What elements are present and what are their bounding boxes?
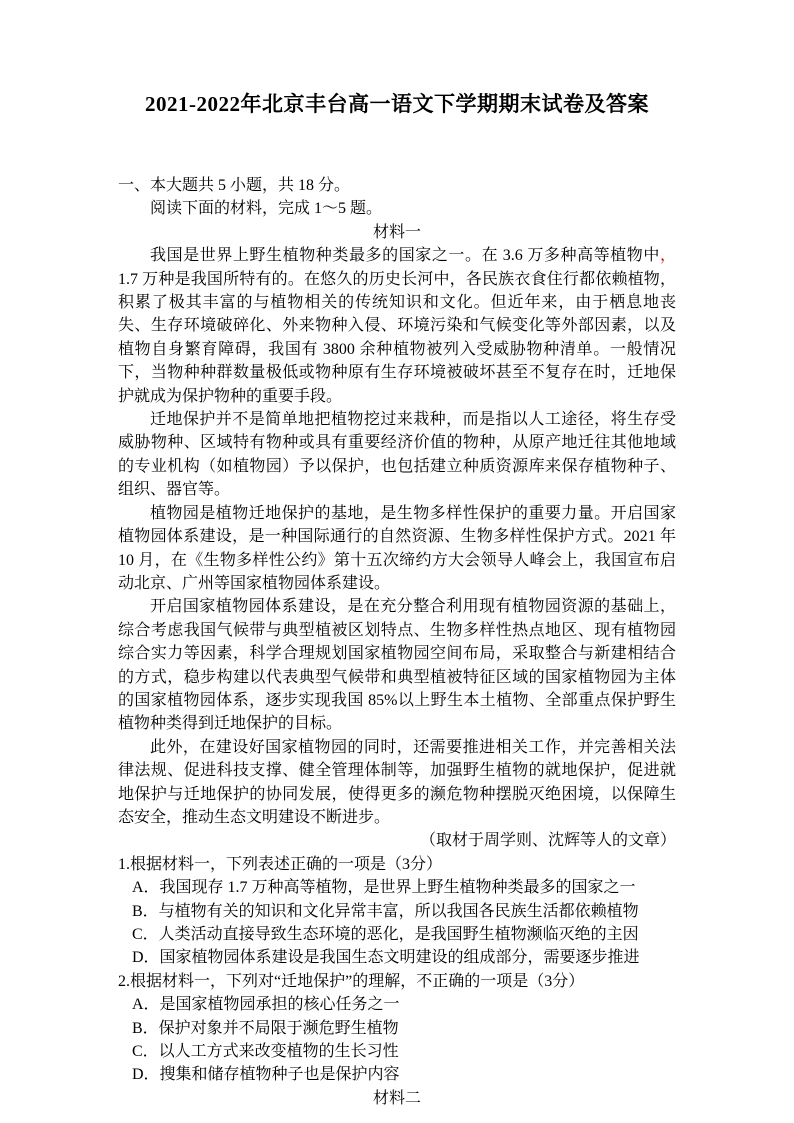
question-2-stem: 2.根据材料一，下列对“迁地保护”的理解，不正确的一项是（3分） — [118, 970, 676, 993]
red-comma: ， — [660, 247, 676, 264]
question-2-option-a: A．是国家植物园承担的核心任务之一 — [118, 993, 676, 1016]
material-two-heading: 材料二 — [118, 1087, 676, 1110]
question-2: 2.根据材料一，下列对“迁地保护”的理解，不正确的一项是（3分） A．是国家植物… — [118, 970, 676, 1087]
question-1-option-a: A．我国现存 1.7 万种高等植物，是世界上野生植物种类最多的国家之一 — [118, 876, 676, 899]
section-heading: 一、本大题共 5 小题，共 18 分。 — [118, 174, 676, 197]
question-1-stem: 1.根据材料一，下列表述正确的一项是（3分） — [118, 853, 676, 876]
material-one-paragraph-5: 此外，在建设好国家植物园的同时，还需要推进相关工作，并完善相关法律法规、促进科技… — [118, 736, 676, 830]
material-one-paragraph-3: 植物园是植物迁地保护的基地，是生物多样性保护的重要力量。开启国家植物园体系建设，… — [118, 502, 676, 596]
question-1-option-b: B．与植物有关的知识和文化异常丰富，所以我国各民族生活都依赖植物 — [118, 900, 676, 923]
question-2-option-d: D．搜集和储存植物种子也是保护内容 — [118, 1063, 676, 1086]
question-2-option-c: C．以人工方式来改变植物的生长习性 — [118, 1040, 676, 1063]
reading-instruction: 阅读下面的材料，完成 1～5 题。 — [118, 197, 676, 220]
exam-document-page: 2021-2022年北京丰台高一语文下学期期末试卷及答案 一、本大题共 5 小题… — [0, 0, 794, 1123]
question-1-option-d: D．国家植物园体系建设是我国生态文明建设的组成部分，需要逐步推进 — [118, 946, 676, 969]
document-body: 一、本大题共 5 小题，共 18 分。 阅读下面的材料，完成 1～5 题。 材料… — [118, 174, 676, 1110]
material-one-paragraph-2: 迁地保护并不是简单地把植物挖过来栽种，而是指以人工途径，将生存受威胁物种、区域特… — [118, 408, 676, 502]
question-1-option-c: C．人类活动直接导致生态环境的恶化，是我国野生植物濒临灭绝的主因 — [118, 923, 676, 946]
question-2-option-b: B．保护对象并不局限于濒危野生植物 — [118, 1017, 676, 1040]
material-one-heading: 材料一 — [118, 221, 676, 244]
material-one-paragraph-1: 我国是世界上野生植物种类最多的国家之一。在 3.6 万多种高等植物中，1.7 万… — [118, 244, 676, 408]
material-one-paragraph-4: 开启国家植物园体系建设，是在充分整合利用现有植物园资源的基础上，综合考虑我国气候… — [118, 595, 676, 735]
question-1: 1.根据材料一，下列表述正确的一项是（3分） A．我国现存 1.7 万种高等植物… — [118, 853, 676, 970]
page-title: 2021-2022年北京丰台高一语文下学期期末试卷及答案 — [118, 0, 676, 118]
source-attribution: （取材于周学则、沈辉等人的文章） — [118, 829, 676, 852]
paragraph-text-after-red-comma: 1.7 万种是我国所特有的。在悠久的历史长河中，各民族衣食住行都依赖植物，积累了… — [118, 271, 676, 405]
paragraph-text-before-red-comma: 我国是世界上野生植物种类最多的国家之一。在 3.6 万多种高等植物中 — [150, 247, 660, 264]
